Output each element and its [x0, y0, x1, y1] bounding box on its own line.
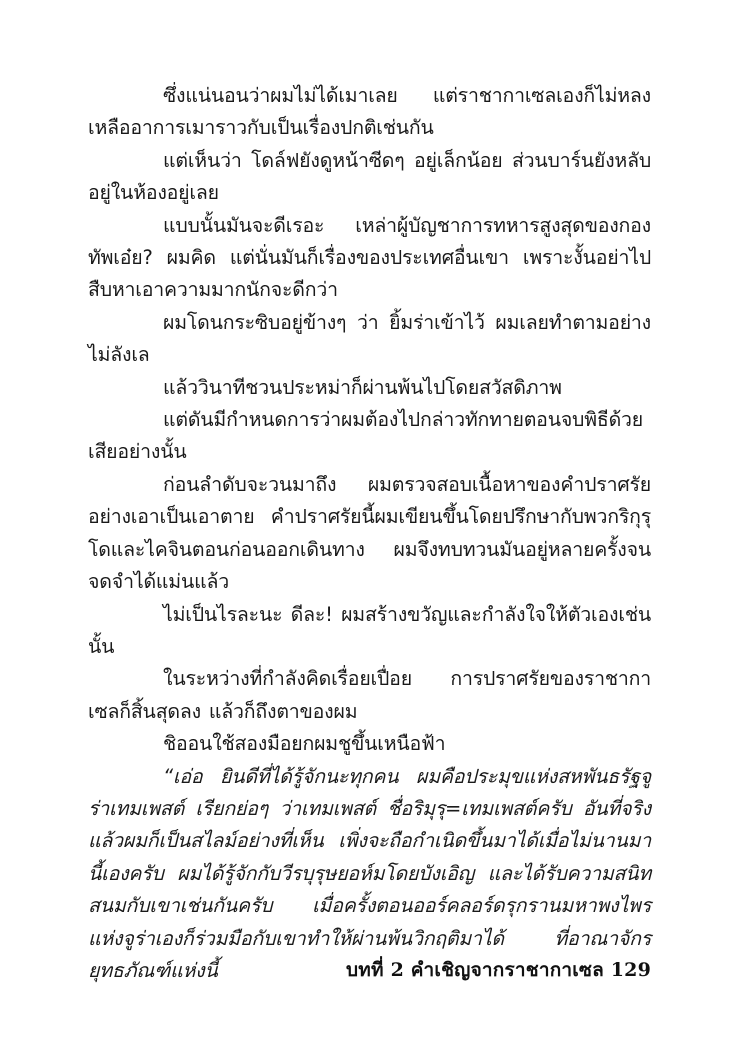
paragraph-6: แต่ดันมีกำหนดการว่าผมต้องไปกล่าวทักทายตอ…	[88, 404, 651, 469]
paragraph-4: ผมโดนกระซิบอยู่ข้างๆ ว่า ยิ้มร่าเข้าไว้ …	[88, 307, 651, 372]
paragraph-3: แบบนั้นมันจะดีเรอะ เหล่าผู้บัญชาการทหารส…	[88, 210, 651, 307]
speech-paragraph: “เอ่อ ยินดีที่ได้รู้จักนะทุกคน ผมคือประม…	[88, 761, 651, 988]
paragraph-9: ในระหว่างที่กำลังคิดเรื่อยเปื่อย การปราศ…	[88, 663, 651, 728]
paragraph-2: แต่เห็นว่า โดล์ฟยังดูหน้าซีดๆ อยู่เล็กน้…	[88, 145, 651, 210]
paragraph-5: แล้ววินาทีชวนประหม่าก็ผ่านพ้นไปโดยสวัสดิ…	[88, 372, 651, 404]
paragraph-10: ชิออนใช้สองมือยกผมชูขึ้นเหนือฟ้า	[88, 728, 651, 760]
book-page-body: ซึ่งแน่นอนว่าผมไม่ได้เมาเลย แต่ราชากาเซล…	[88, 80, 651, 987]
paragraph-7: ก่อนลำดับจะวนมาถึง ผมตรวจสอบเนื้อหาของคำ…	[88, 469, 651, 599]
paragraph-8: ไม่เป็นไรละนะ ดีละ! ผมสร้างขวัญและกำลังใ…	[88, 599, 651, 664]
running-head-text: บทที่ 2 คำเชิญจากราชากาเซล 129	[346, 959, 651, 981]
paragraph-1: ซึ่งแน่นอนว่าผมไม่ได้เมาเลย แต่ราชากาเซล…	[88, 80, 651, 145]
running-footer: บทที่ 2 คำเชิญจากราชากาเซล 129	[340, 955, 651, 985]
